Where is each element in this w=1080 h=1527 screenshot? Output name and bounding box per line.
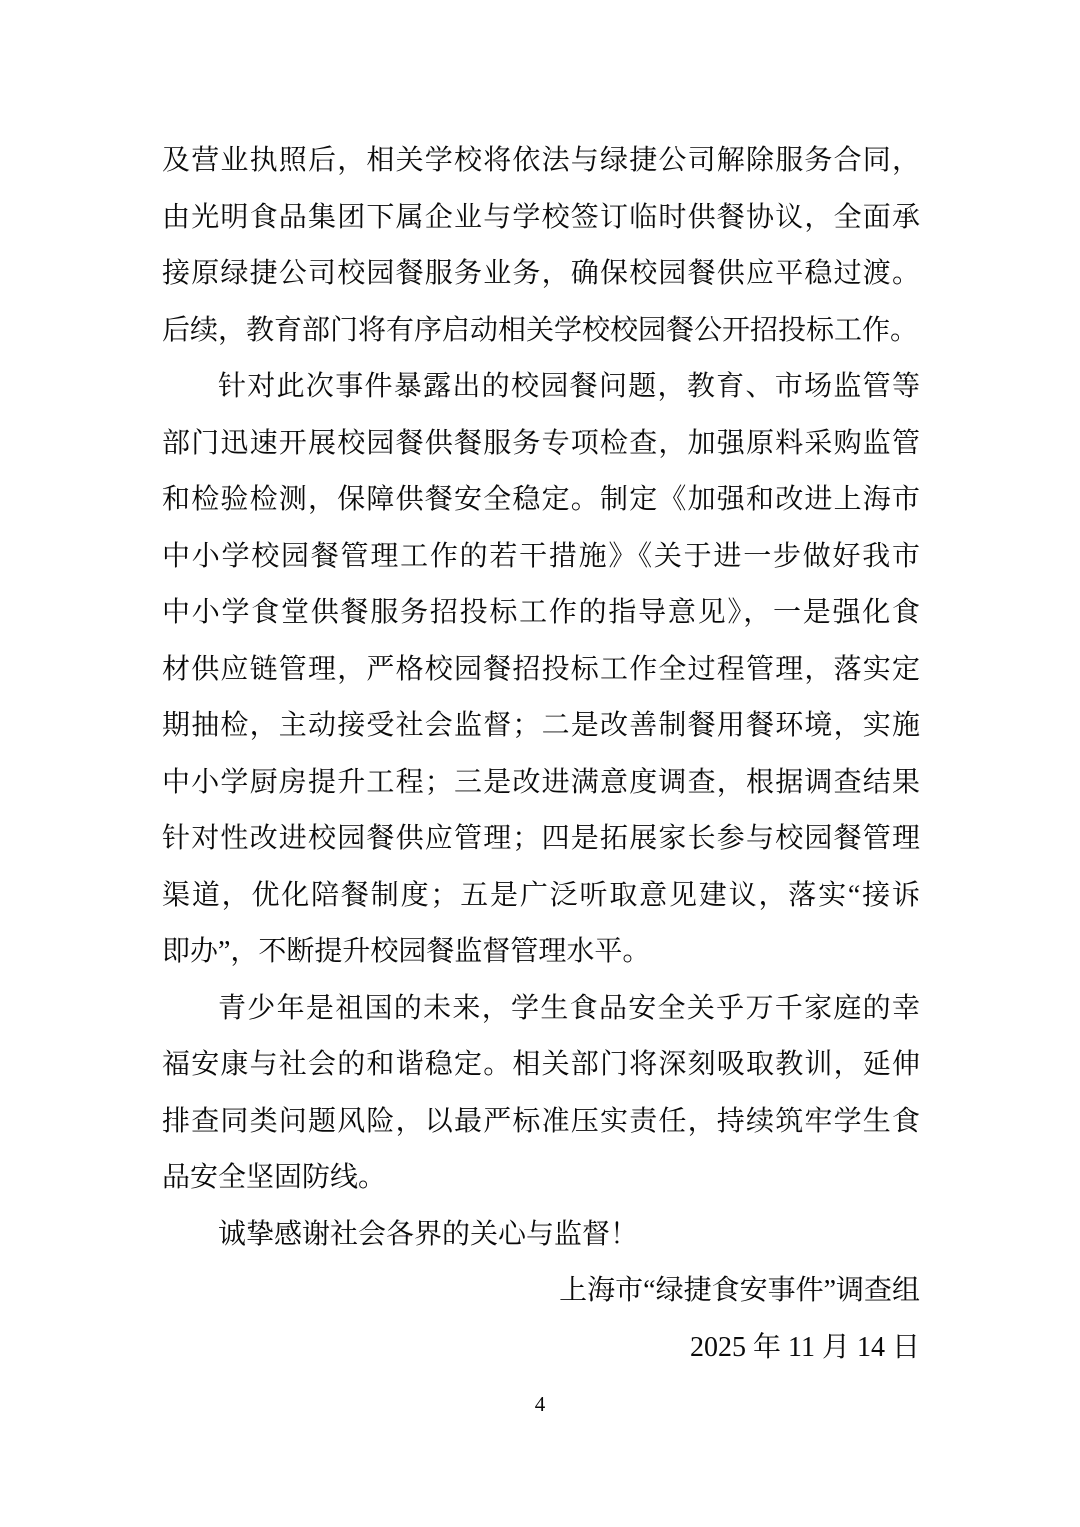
text-line: 诚挚感谢社会各界的关心与监督！: [162, 1207, 920, 1264]
text-line: 由光明食品集团下属企业与学校签订临时供餐协议，全面承: [162, 190, 920, 247]
document-body: 及营业执照后，相关学校将依法与绿捷公司解除服务合同，由光明食品集团下属企业与学校…: [162, 133, 920, 1376]
page-number: 4: [0, 1392, 1080, 1416]
text-line: 渠道，优化陪餐制度；五是广泛听取意见建议，落实“接诉: [162, 868, 920, 925]
text-line: 及营业执照后，相关学校将依法与绿捷公司解除服务合同，: [162, 133, 920, 190]
document-page: 及营业执照后，相关学校将依法与绿捷公司解除服务合同，由光明食品集团下属企业与学校…: [0, 0, 1080, 1527]
text-line: 中小学厨房提升工程；三是改进满意度调查，根据调查结果: [162, 755, 920, 812]
signature-line: 上海市“绿捷食安事件”调查组: [162, 1263, 920, 1320]
text-line: 中小学食堂供餐服务招投标工作的指导意见》，一是强化食: [162, 585, 920, 642]
text-line: 部门迅速开展校园餐供餐服务专项检查，加强原料采购监管: [162, 416, 920, 473]
text-line: 即办”，不断提升校园餐监督管理水平。: [162, 924, 920, 981]
text-line: 福安康与社会的和谐稳定。相关部门将深刻吸取教训，延伸: [162, 1037, 920, 1094]
text-line: 青少年是祖国的未来，学生食品安全关乎万千家庭的幸: [162, 981, 920, 1038]
text-line: 期抽检，主动接受社会监督；二是改善制餐用餐环境，实施: [162, 698, 920, 755]
text-line: 中小学校园餐管理工作的若干措施》《关于进一步做好我市: [162, 529, 920, 586]
date-line: 2025 年 11 月 14 日: [162, 1320, 920, 1377]
text-line: 针对此次事件暴露出的校园餐问题，教育、市场监管等: [162, 359, 920, 416]
text-line: 针对性改进校园餐供应管理；四是拓展家长参与校园餐管理: [162, 811, 920, 868]
text-line: 和检验检测，保障供餐安全稳定。制定《加强和改进上海市: [162, 472, 920, 529]
paragraphs-container: 及营业执照后，相关学校将依法与绿捷公司解除服务合同，由光明食品集团下属企业与学校…: [162, 133, 920, 1263]
text-line: 后续，教育部门将有序启动相关学校校园餐公开招投标工作。: [162, 303, 920, 360]
text-line: 接原绿捷公司校园餐服务业务，确保校园餐供应平稳过渡。: [162, 246, 920, 303]
text-line: 排查同类问题风险，以最严标准压实责任，持续筑牢学生食: [162, 1094, 920, 1151]
text-line: 材供应链管理，严格校园餐招投标工作全过程管理，落实定: [162, 642, 920, 699]
text-line: 品安全坚固防线。: [162, 1150, 920, 1207]
